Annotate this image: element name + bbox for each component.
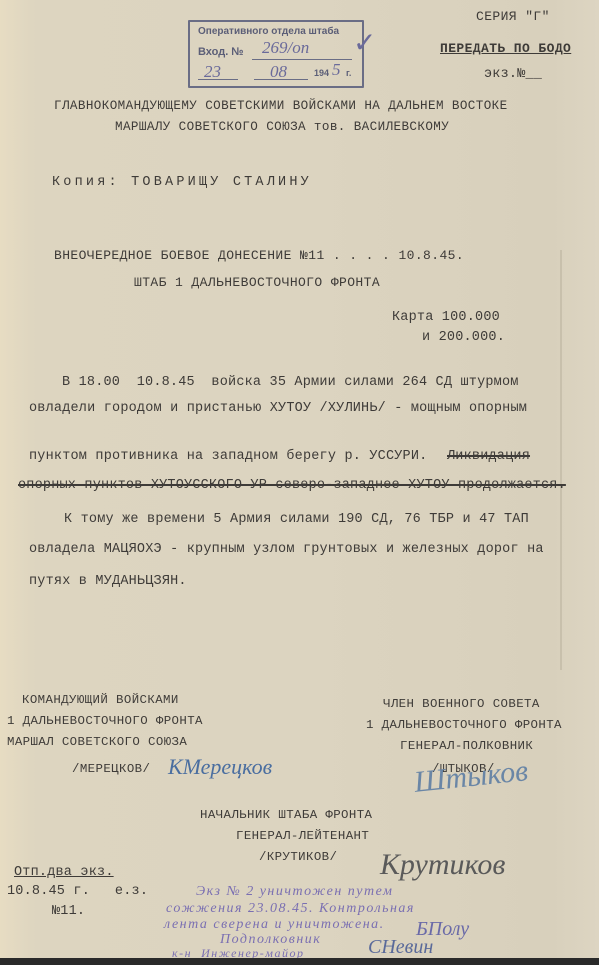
center-handwritten-signature: Крутиков — [380, 848, 505, 882]
footer-sent-copies: Отп.два экз. — [14, 865, 114, 880]
stamp-entry-number: 269/оп — [262, 38, 309, 58]
body-p2-line-2: овладела МАЦЯОХЭ - крупным узлом грунтов… — [29, 542, 544, 557]
stamp-year-suffix: 5 — [332, 60, 341, 80]
paper-crease — [560, 250, 562, 670]
body-struck-text-a: Ликвидация — [447, 449, 530, 464]
left-sig-title-2: 1 ДАЛЬНЕВОСТОЧНОГО ФРОНТА — [7, 714, 203, 728]
series-label: СЕРИЯ "Г" — [476, 9, 550, 24]
left-sig-name: /МЕРЕЦКОВ/ — [72, 762, 150, 776]
right-handwritten-signature: Штыков — [413, 754, 530, 800]
right-sig-title-3: ГЕНЕРАЛ-ПОЛКОВНИК — [400, 739, 533, 753]
addressee-line-2: МАРШАЛУ СОВЕТСКОГО СОЮЗА тов. ВАСИЛЕВСКО… — [115, 120, 449, 134]
left-handwritten-signature: КМерецков — [168, 754, 272, 780]
registration-stamp: Оперативного отдела штаба Вход. № 269/оп… — [188, 20, 364, 88]
center-sig-title-2: ГЕНЕРАЛ-ЛЕЙТЕНАНТ — [236, 829, 369, 843]
body-p2-line-3: путях в МУДАНЬЦЗЯН. — [29, 574, 187, 589]
stamp-year-prefix: 194 — [314, 68, 329, 78]
body-p1-line-3: пунктом противника на западном берегу р.… — [29, 449, 436, 464]
footer-number: №11. — [52, 904, 85, 919]
transmit-instruction: ПЕРЕДАТЬ ПО БОДО — [440, 41, 571, 56]
addressee-line-1: ГЛАВНОКОМАНДУЮЩЕМУ СОВЕТСКИМИ ВОЙСКАМИ Н… — [54, 99, 508, 113]
body-p1-line-2: овладели городом и пристанью ХУТОУ /ХУЛИ… — [29, 401, 527, 416]
center-sig-title-1: НАЧАЛЬНИК ШТАБА ФРОНТА — [200, 808, 372, 822]
stamp-entry-label: Вход. № — [198, 46, 244, 58]
stamp-department: Оперативного отдела штаба — [198, 26, 339, 37]
checkmark-icon: ✓ — [353, 26, 376, 59]
note-line-3: лента сверена и уничтожена. — [164, 917, 385, 933]
stamp-year-unit: г. — [346, 68, 351, 78]
map-scale-2: и 200.000. — [422, 330, 505, 345]
footer-date: 10.8.45 г. е.з. — [7, 884, 148, 899]
scan-bottom-edge — [0, 958, 599, 965]
document-page: Оперативного отдела штаба Вход. № 269/оп… — [0, 0, 599, 958]
body-p2-line-1: К тому же времени 5 Армия силами 190 СД,… — [64, 512, 529, 527]
note-line-1: Экз № 2 уничтожен путем — [196, 884, 393, 900]
report-title: ВНЕОЧЕРЕДНОЕ БОЕВОЕ ДОНЕСЕНИЕ №11 . . . … — [54, 248, 464, 263]
map-scale-1: Карта 100.000 — [392, 310, 500, 325]
center-sig-name: /КРУТИКОВ/ — [259, 850, 337, 864]
right-sig-title-1: ЧЛЕН ВОЕННОГО СОВЕТА — [383, 697, 540, 711]
body-p1-line-1: В 18.00 10.8.45 войска 35 Армии силами 2… — [62, 375, 519, 390]
report-headquarters: ШТАБ 1 ДАЛЬНЕВОСТОЧНОГО ФРОНТА — [134, 275, 380, 290]
body-struck-text-b: опорных пунктов ХУТОУССКОГО УР северо-за… — [18, 478, 566, 493]
left-sig-title-1: КОМАНДУЮЩИЙ ВОЙСКАМИ — [22, 693, 179, 707]
note-signature-2: СНевин — [368, 936, 433, 958]
right-sig-title-2: 1 ДАЛЬНЕВОСТОЧНОГО ФРОНТА — [366, 718, 562, 732]
note-line-5: к-н Инженер-майор — [172, 946, 304, 958]
copy-number: экз.№__ — [484, 67, 542, 82]
copy-to-line: Копия: ТОВАРИЩУ СТАЛИНУ — [52, 175, 312, 190]
note-line-2: сожжения 23.08.45. Контрольная — [166, 901, 415, 917]
left-sig-title-3: МАРШАЛ СОВЕТСКОГО СОЮЗА — [7, 735, 187, 749]
